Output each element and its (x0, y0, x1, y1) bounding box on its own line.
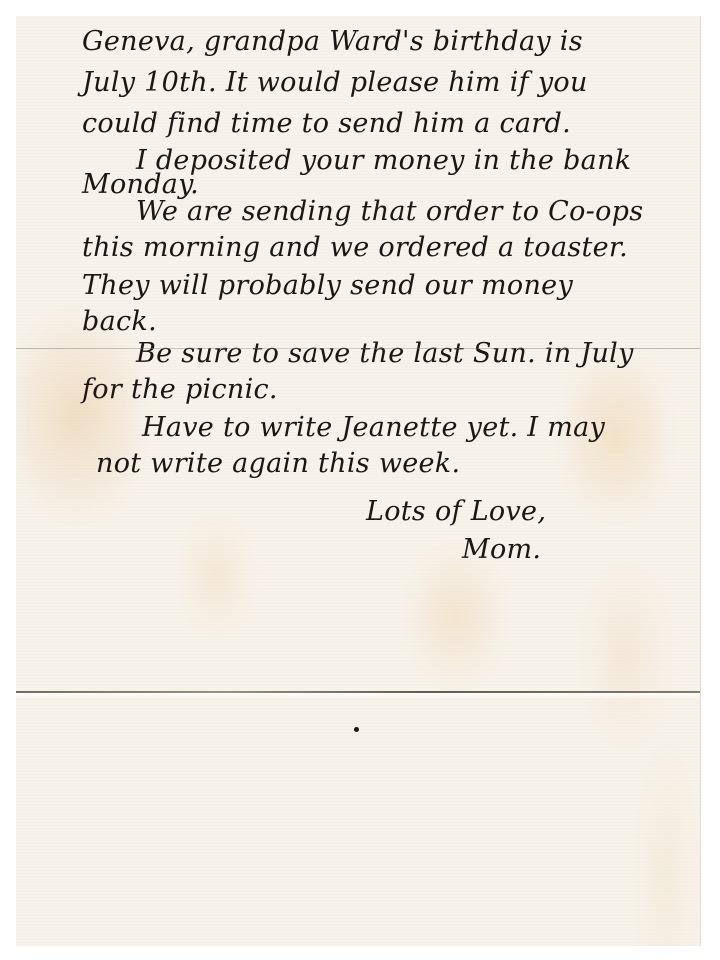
upper-fold-crease (16, 348, 700, 349)
letter-line-9: back. (82, 308, 157, 335)
letter-line-2: July 10th. It would please him if you (82, 69, 588, 96)
letter-line-13: not write again this week. (96, 450, 460, 477)
letter-line-4: I deposited your money in the bank (136, 147, 631, 174)
letter-line-3: could find time to send him a card. (82, 110, 571, 137)
fold-highlight (16, 693, 700, 699)
letter-line-10: Be sure to save the last Sun. in July (136, 340, 634, 367)
letter-line-12: Have to write Jeanette yet. I may (142, 414, 605, 441)
letter-line-6: We are sending that order to Co-ops (136, 198, 643, 225)
letter-signature: Mom. (462, 536, 541, 563)
letter-closing: Lots of Love, (366, 498, 546, 525)
letter-line-5: Monday. (82, 171, 199, 198)
letter-page: Geneva, grandpa Ward's birthday is July … (16, 16, 700, 946)
letter-line-11: for the picnic. (82, 376, 278, 403)
letter-line-7: this morning and we ordered a toaster. (82, 234, 628, 261)
letter-line-1: Geneva, grandpa Ward's birthday is (82, 28, 583, 55)
ink-dot-mark (354, 727, 359, 732)
letter-line-8: They will probably send our money (82, 272, 573, 299)
